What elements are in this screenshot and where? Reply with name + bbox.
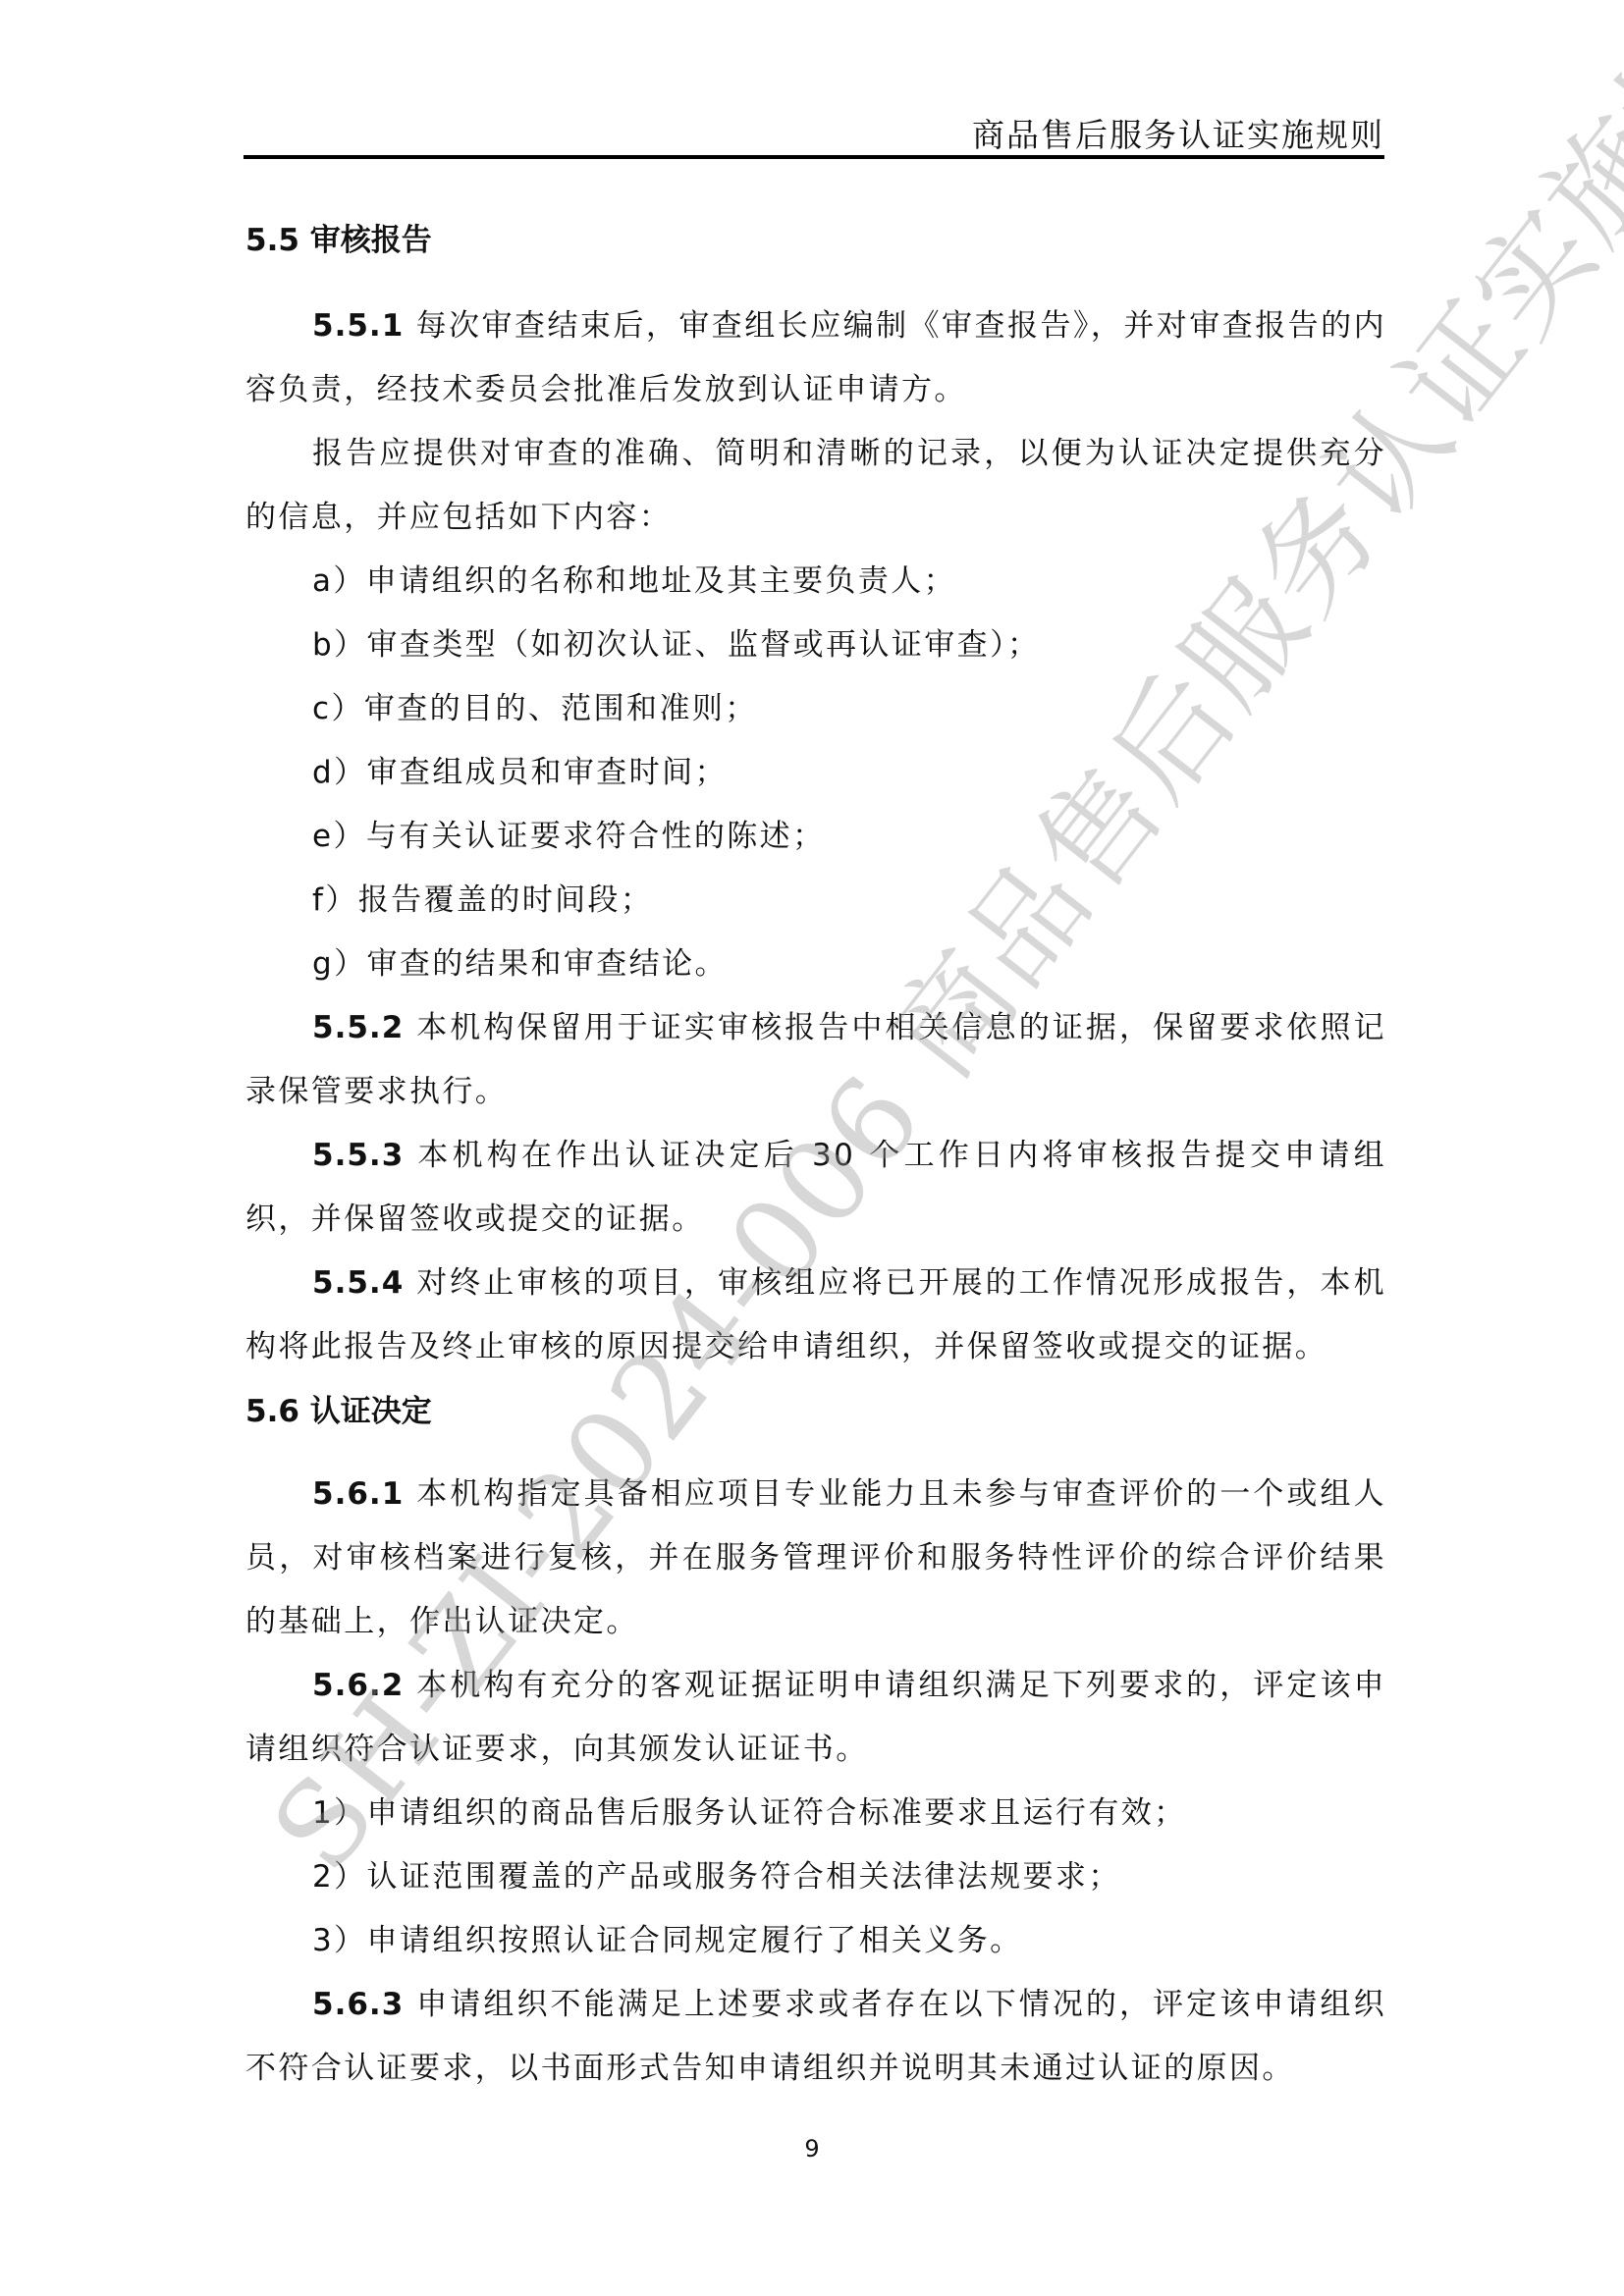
list-item-e: e）与有关认证要求符合性的陈述；: [312, 805, 825, 869]
list-item-3: 3）申请组织按照认证合同规定履行了相关义务。: [312, 1909, 1023, 1973]
clause-text: 本机构指定具备相应项目专业能力且未参与审查评价的一个或组人员，对审核档案进行复核…: [245, 1476, 1386, 1639]
clause-text: 本机构保留用于证实审核报告中相关信息的证据，保留要求依照记录保管要求执行。: [245, 1010, 1386, 1109]
list-item-b: b）审查类型（如初次认证、监督或再认证审查）；: [312, 614, 1040, 677]
running-header-title: 商品售后服务认证实施规则: [972, 110, 1384, 156]
clause-text: 每次审查结束后，审查组长应编制《审查报告》，并对审查报告的内容负责，经技术委员会…: [245, 308, 1386, 407]
clause-number: 5.5.1: [312, 308, 404, 344]
clause-text: 对终止审核的项目，审核组应将已开展的工作情况形成报告，本机构将此报告及终止审核的…: [245, 1265, 1386, 1364]
paragraph-5-6-2: 5.6.2 本机构有充分的客观证据证明申请组织满足下列要求的，评定该申请组织符合…: [245, 1654, 1386, 1782]
list-item-2: 2）认证范围覆盖的产品或服务符合相关法律法规要求；: [312, 1845, 1121, 1909]
clause-number: 5.5.4: [312, 1265, 404, 1301]
list-item-f: f）报告覆盖的时间段；: [312, 869, 653, 933]
paragraph-report-content: 报告应提供对审查的准确、简明和清晰的记录，以便为认证决定提供充分的信息，并应包括…: [245, 422, 1386, 550]
clause-text: 申请组织不能满足上述要求或者存在以下情况的，评定该申请组织不符合认证要求，以书面…: [245, 1987, 1386, 2086]
list-item-g: g）审查的结果和审查结论。: [312, 933, 728, 996]
paragraph-5-5-3: 5.5.3 本机构在作出认证决定后 30 个工作日内将审核报告提交申请组织，并保…: [245, 1124, 1386, 1252]
list-item-a: a）申请组织的名称和地址及其主要负责人；: [312, 550, 956, 614]
clause-text: 本机构在作出认证决定后 30 个工作日内将审核报告提交申请组织，并保留签收或提交…: [245, 1138, 1386, 1237]
list-item-d: d）审查组成员和审查时间；: [312, 741, 728, 805]
paragraph-5-5-1: 5.5.1 每次审查结束后，审查组长应编制《审查报告》，并对审查报告的内容负责，…: [245, 294, 1386, 422]
paragraph-5-6-3: 5.6.3 申请组织不能满足上述要求或者存在以下情况的，评定该申请组织不符合认证…: [245, 1973, 1386, 2101]
clause-text: 报告应提供对审查的准确、简明和清晰的记录，以便为认证决定提供充分的信息，并应包括…: [245, 436, 1386, 535]
header-rule-divider: [244, 155, 1384, 159]
clause-number: 5.6.3: [312, 1987, 404, 2022]
paragraph-5-6-1: 5.6.1 本机构指定具备相应项目专业能力且未参与审查评价的一个或组人员，对审核…: [245, 1463, 1386, 1654]
list-item-c: c）审查的目的、范围和准则；: [312, 677, 758, 741]
clause-number: 5.6.2: [312, 1668, 404, 1703]
section-heading-5-5: 5.5 审核报告: [245, 221, 432, 260]
clause-text: 本机构有充分的客观证据证明申请组织满足下列要求的，评定该申请组织符合认证要求，向…: [245, 1668, 1386, 1767]
clause-number: 5.6.1: [312, 1476, 404, 1512]
paragraph-5-5-2: 5.5.2 本机构保留用于证实审核报告中相关信息的证据，保留要求依照记录保管要求…: [245, 996, 1386, 1124]
paragraph-5-5-4: 5.5.4 对终止审核的项目，审核组应将已开展的工作情况形成报告，本机构将此报告…: [245, 1252, 1386, 1379]
list-item-1: 1）申请组织的商品售后服务认证符合标准要求且运行有效；: [312, 1782, 1187, 1845]
document-page: 商品售后服务认证实施规则 5.5 审核报告 5.5.1 每次审查结束后，审查组长…: [0, 0, 1624, 2296]
clause-number: 5.5.3: [312, 1138, 404, 1173]
page-number: 9: [0, 2135, 1624, 2163]
clause-number: 5.5.2: [312, 1010, 404, 1045]
section-heading-5-6: 5.6 认证决定: [245, 1392, 432, 1431]
